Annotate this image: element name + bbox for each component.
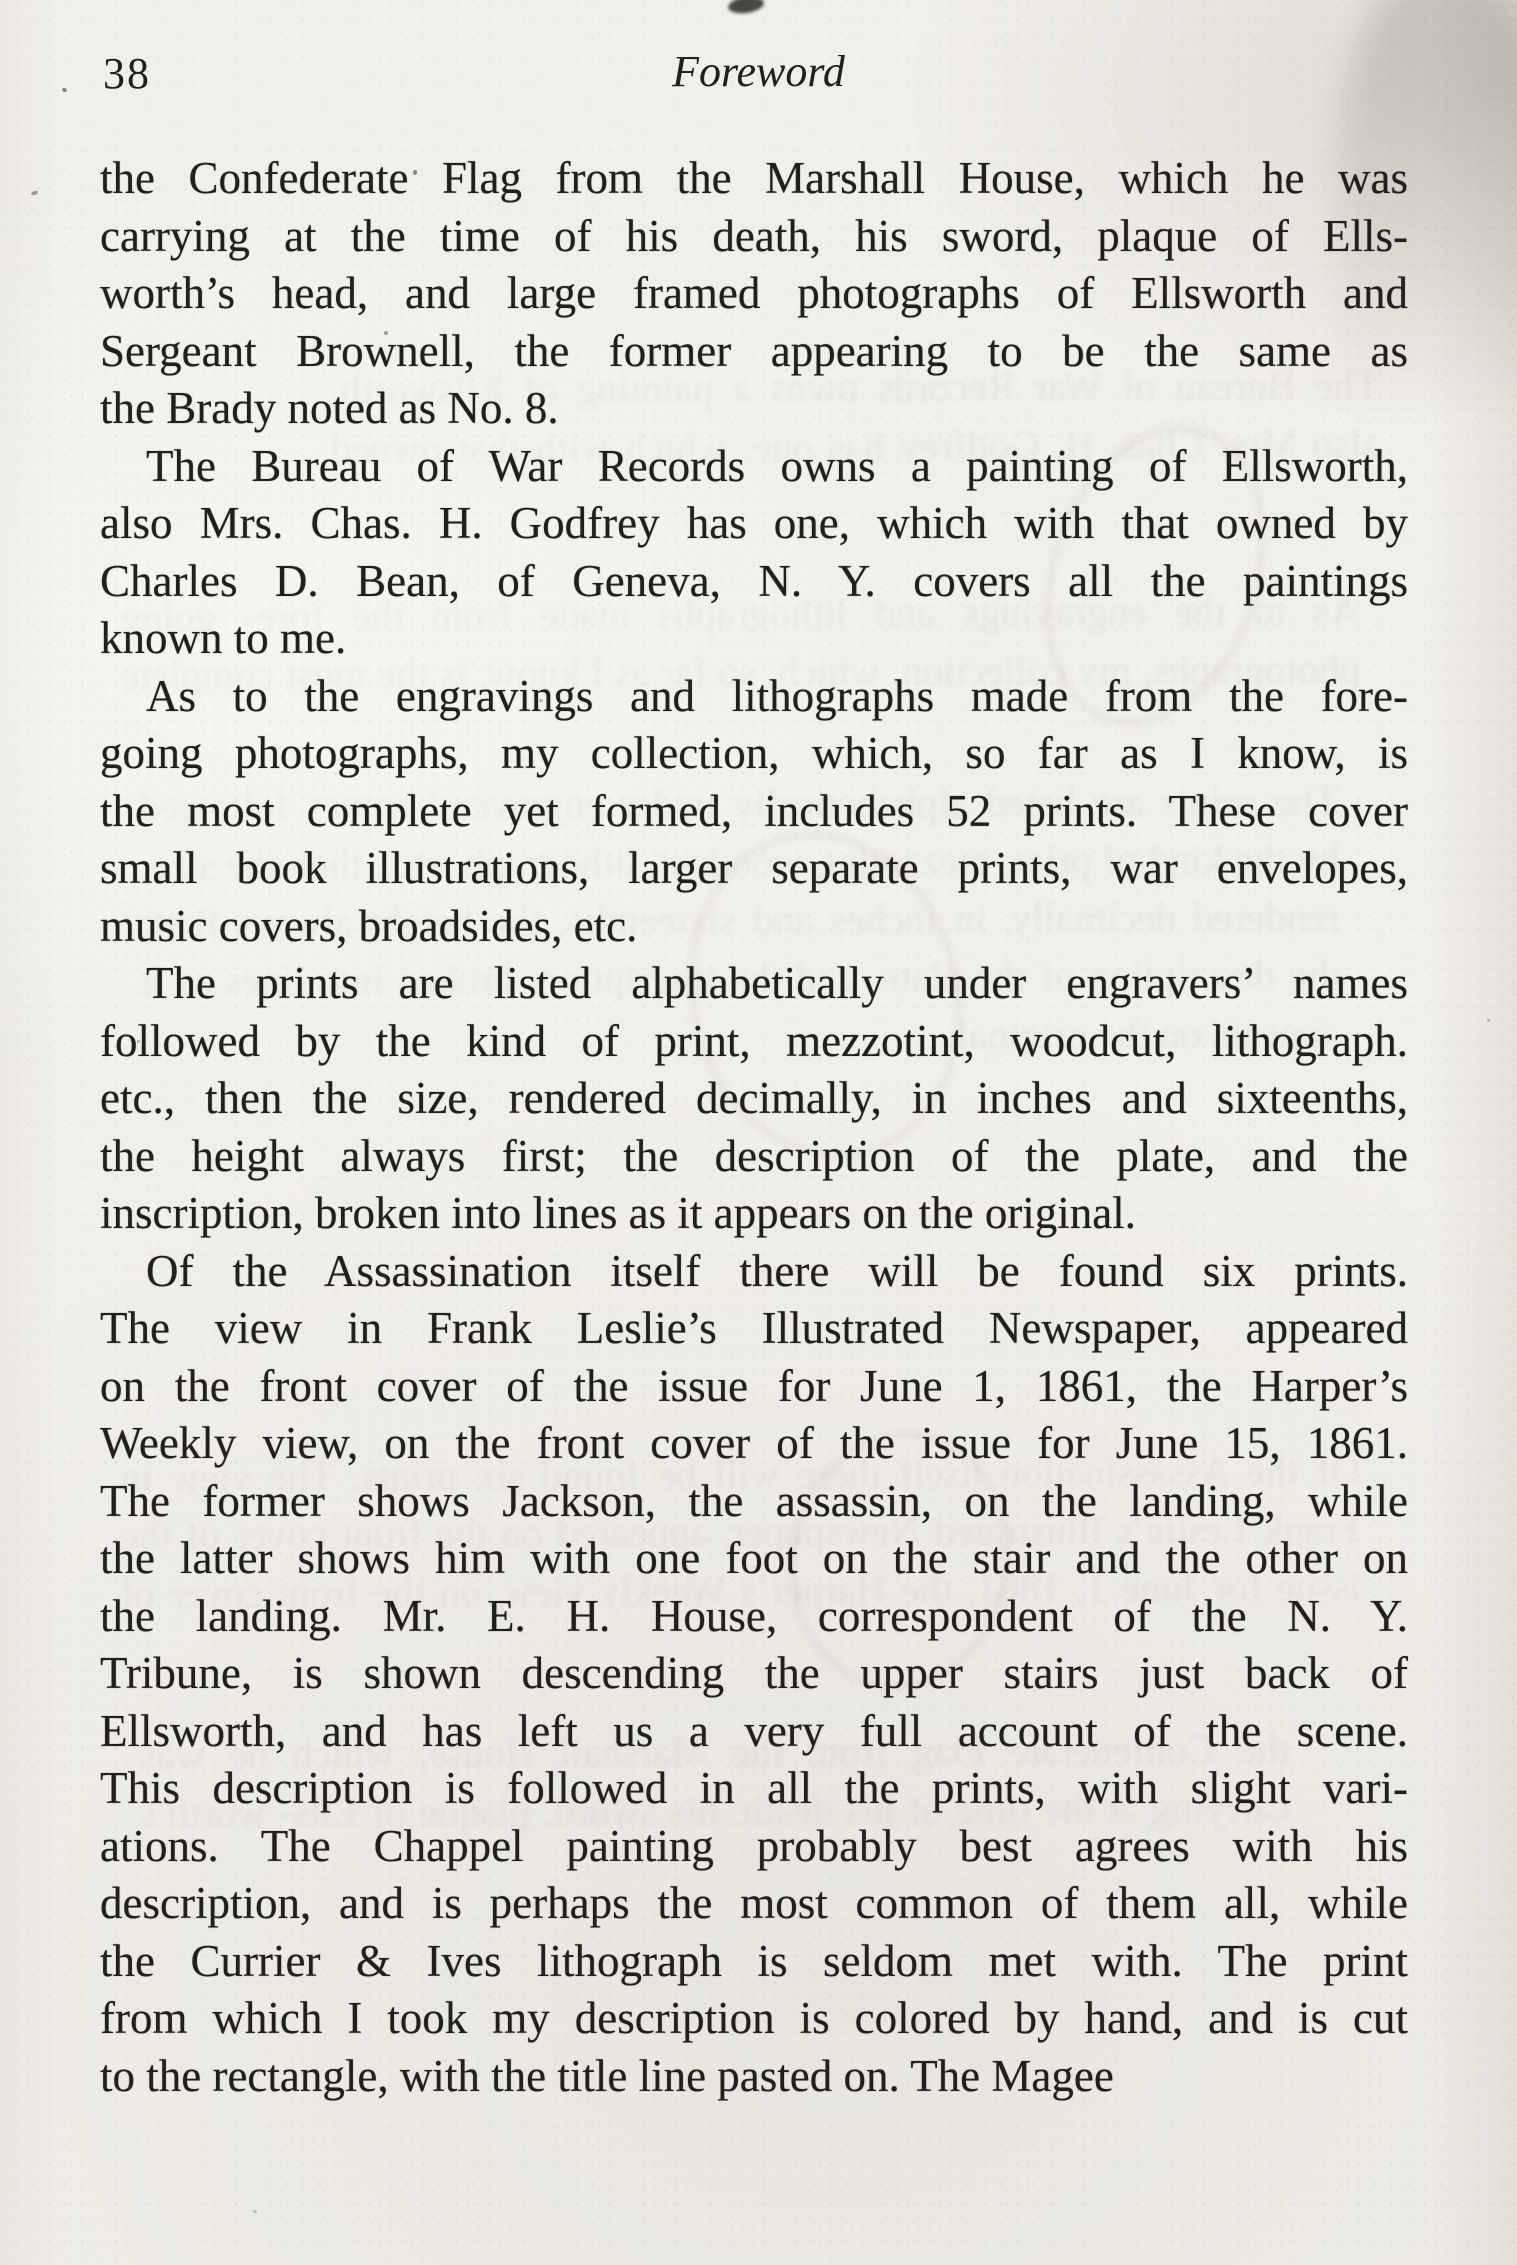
text-line: The former shows Jackson, the assassin, …: [100, 1473, 1408, 1531]
text-line: Tribune, is shown descending the upper s…: [100, 1645, 1408, 1703]
text-line: to the rectangle, with the title line pa…: [100, 2048, 1408, 2106]
paper-speck: [384, 331, 388, 335]
text-line: description, and is perhaps the most com…: [100, 1875, 1408, 1933]
text-line: the most complete yet formed, includes 5…: [100, 783, 1408, 841]
text-line: Of the Assassination itself there will b…: [100, 1243, 1408, 1301]
text-line: the latter shows him with one foot on th…: [100, 1530, 1408, 1588]
text-line: Charles D. Bean, of Geneva, N. Y. covers…: [100, 553, 1408, 611]
paper-speck: [1487, 1019, 1490, 1022]
paper-speck: [413, 170, 417, 175]
text-line: worth’s head, and large framed photograp…: [100, 265, 1408, 323]
paper-speck: [137, 1040, 140, 1043]
paragraph: The Bureau of War Records owns a paintin…: [100, 438, 1408, 668]
paper-speck: [253, 2210, 257, 2213]
text-line: As to the engravings and lithographs mad…: [100, 668, 1408, 726]
text-line: from which I took my description is colo…: [100, 1990, 1408, 2048]
text-line: the height always first; the description…: [100, 1128, 1408, 1186]
text-line: known to me.: [100, 610, 1408, 668]
paragraph: The prints are listed alphabetically und…: [100, 955, 1408, 1243]
text-line: on the front cover of the issue for June…: [100, 1358, 1408, 1416]
text-line: inscription, broken into lines as it app…: [100, 1185, 1408, 1243]
text-line: The view in Frank Leslie’s Illustrated N…: [100, 1300, 1408, 1358]
text-line: the landing. Mr. E. H. House, correspond…: [100, 1588, 1408, 1646]
book-page: The Bureau of War Records owns a paintin…: [0, 0, 1517, 2265]
running-title: Foreword: [0, 46, 1517, 97]
page-header: 38 Foreword: [0, 0, 1517, 120]
paragraph: As to the engravings and lithographs mad…: [100, 668, 1408, 956]
text-line: etc., then the size, rendered decimally,…: [100, 1070, 1408, 1128]
text-line: Weekly view, on the front cover of the i…: [100, 1415, 1408, 1473]
text-line: Ellsworth, and has left us a very full a…: [100, 1703, 1408, 1761]
text-line: The prints are listed alphabetically und…: [100, 955, 1408, 1013]
paragraph: Of the Assassination itself there will b…: [100, 1243, 1408, 2106]
text-line: The Bureau of War Records owns a paintin…: [100, 438, 1408, 496]
text-block: the Confederate Flag from the Marshall H…: [100, 150, 1408, 2105]
text-line: Sergeant Brownell, the former appearing …: [100, 323, 1408, 381]
text-line: ations. The Chappel painting probably be…: [100, 1818, 1408, 1876]
text-line: the Currier & Ives lithograph is seldom …: [100, 1933, 1408, 1991]
paper-speck: [31, 190, 39, 196]
text-line: carrying at the time of his death, his s…: [100, 208, 1408, 266]
text-line: small book illustrations, larger separat…: [100, 840, 1408, 898]
text-line: music covers, broadsides, etc.: [100, 898, 1408, 956]
text-line: the Brady noted as No. 8.: [100, 380, 1408, 438]
paragraph: the Confederate Flag from the Marshall H…: [100, 150, 1408, 438]
text-line: going photographs, my collection, which,…: [100, 725, 1408, 783]
text-line: This description is followed in all the …: [100, 1760, 1408, 1818]
text-line: also Mrs. Chas. H. Godfrey has one, whic…: [100, 495, 1408, 553]
text-line: followed by the kind of print, mezzotint…: [100, 1013, 1408, 1071]
paper-speck: [539, 699, 543, 702]
text-line: the Confederate Flag from the Marshall H…: [100, 150, 1408, 208]
